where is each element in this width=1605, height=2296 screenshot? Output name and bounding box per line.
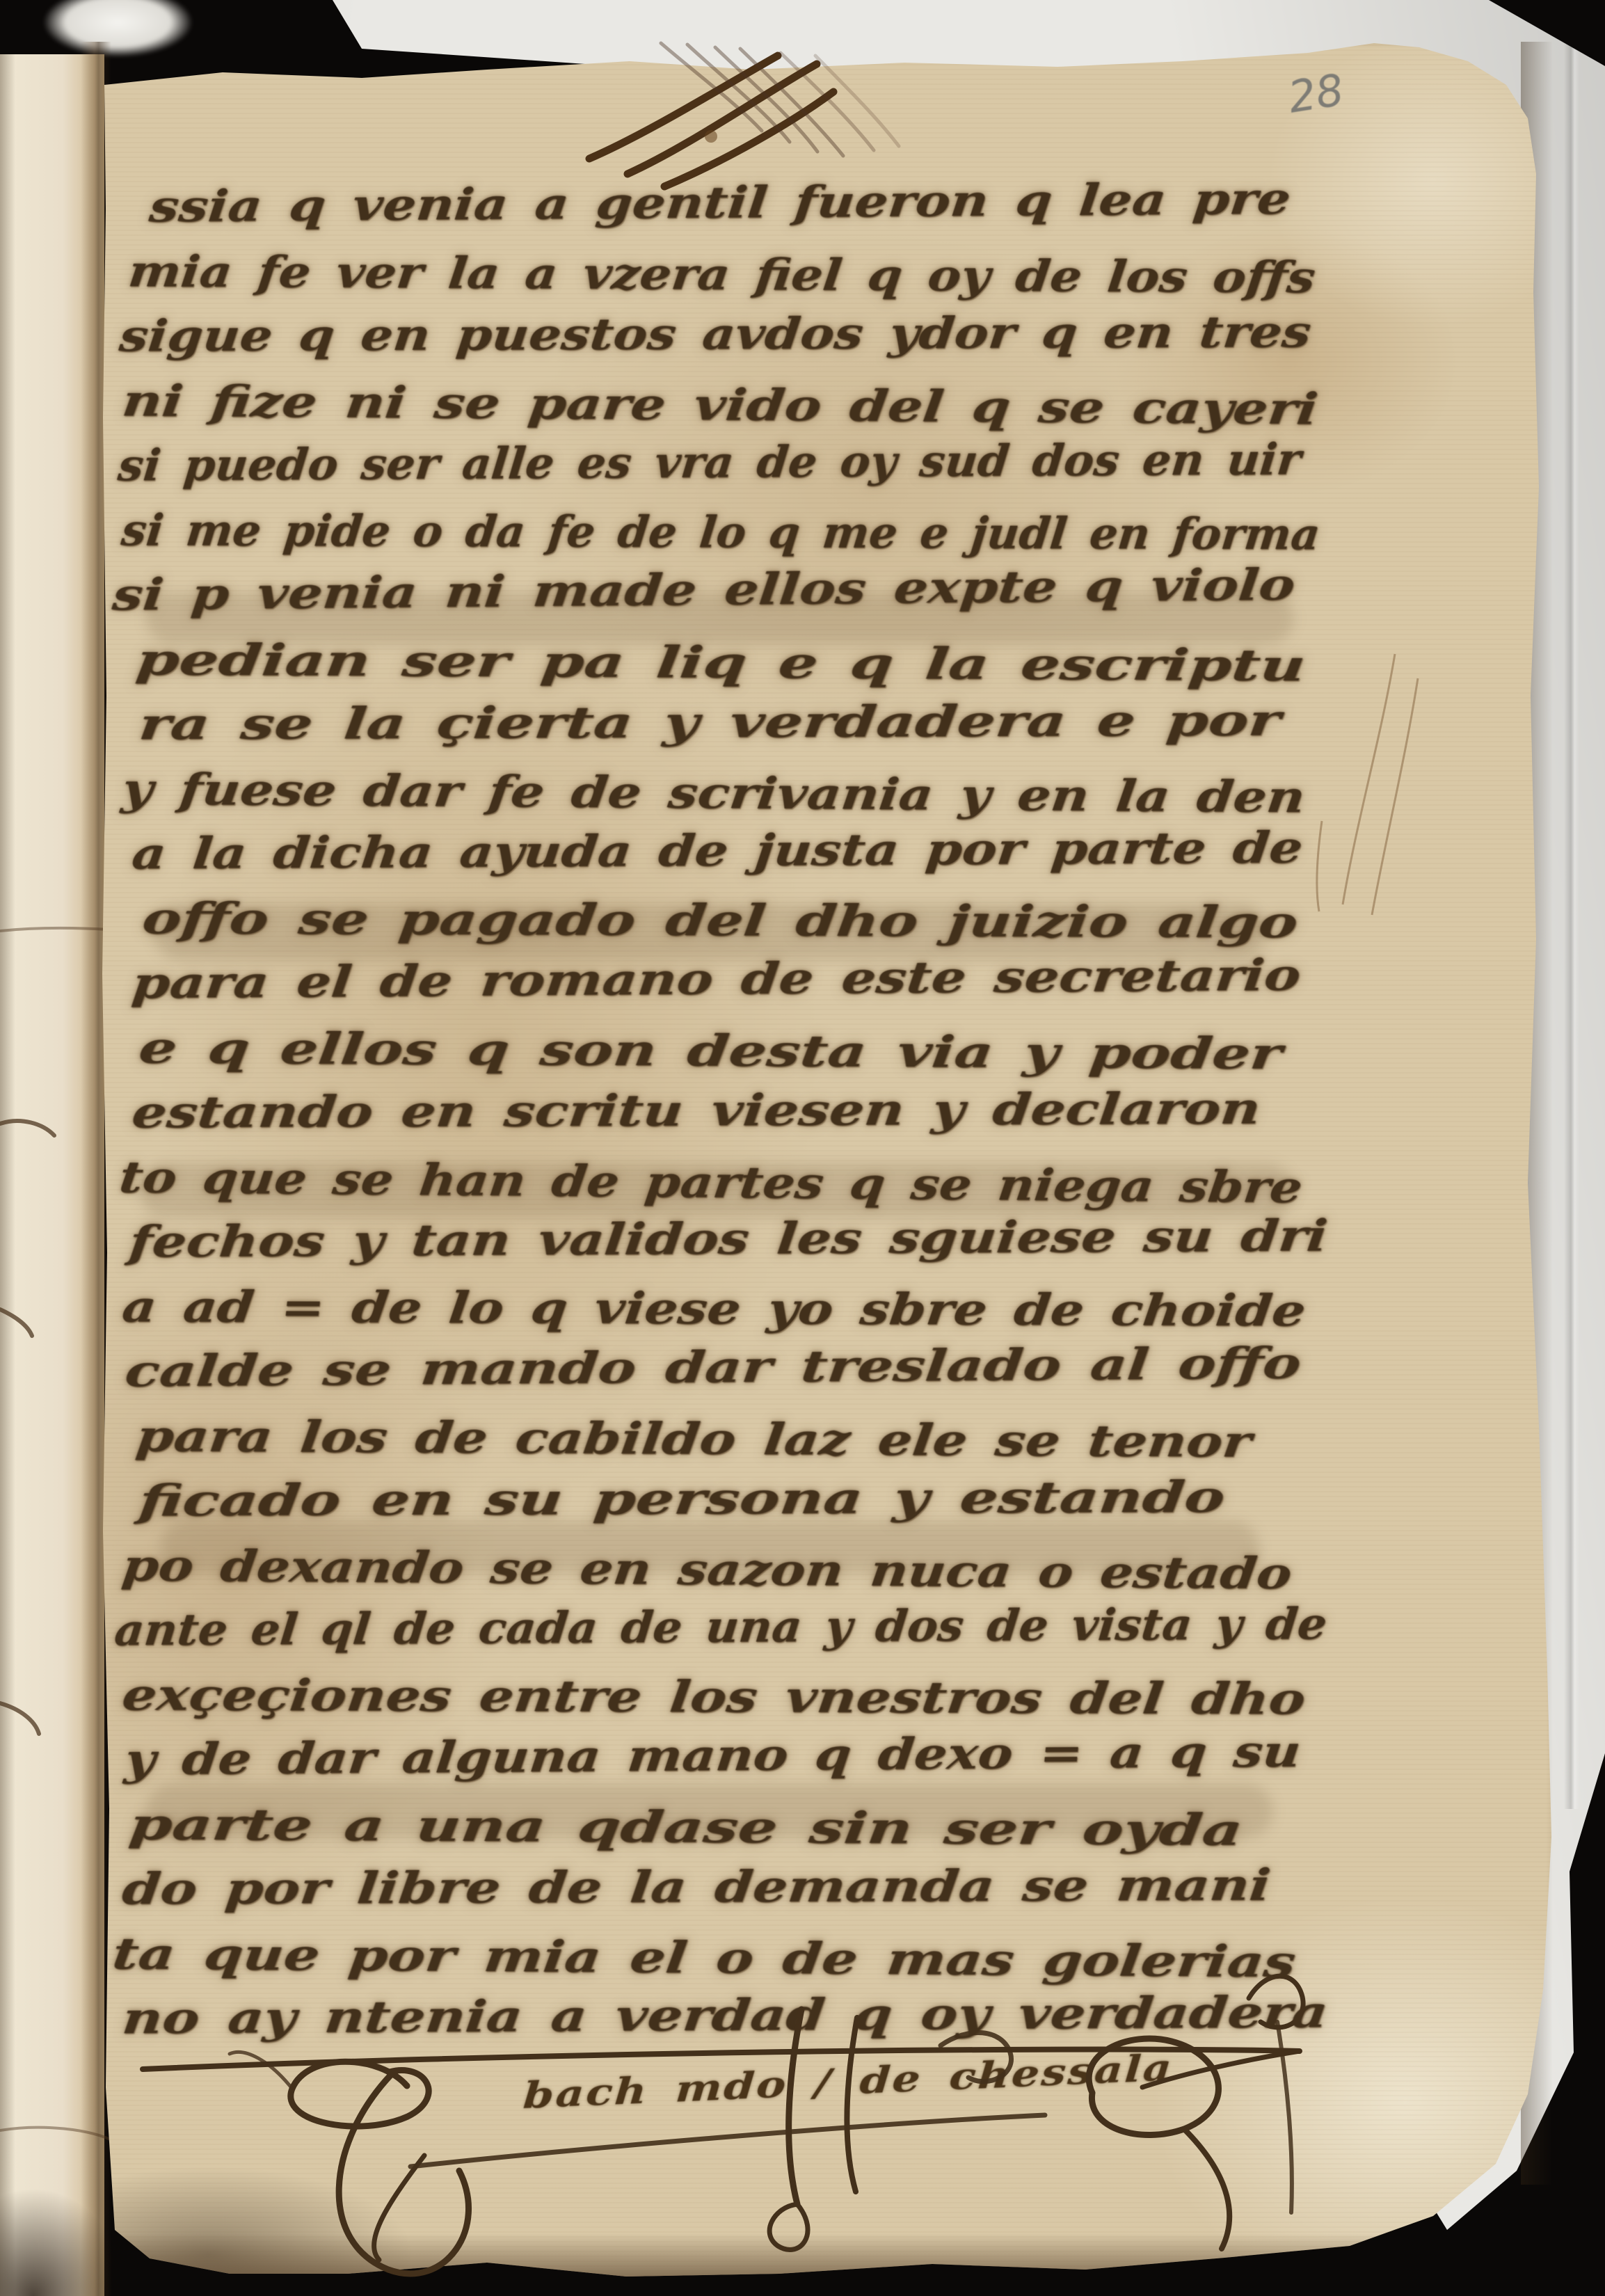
manuscript-photo: { "page_number": "28", "manuscript": { "… bbox=[0, 0, 1605, 2296]
ink-overlay bbox=[0, 0, 1605, 2296]
cancellation-hatch-icon bbox=[589, 43, 899, 186]
signature-paraph-right bbox=[1089, 1976, 1303, 2249]
paper-scratches bbox=[1317, 654, 1418, 915]
